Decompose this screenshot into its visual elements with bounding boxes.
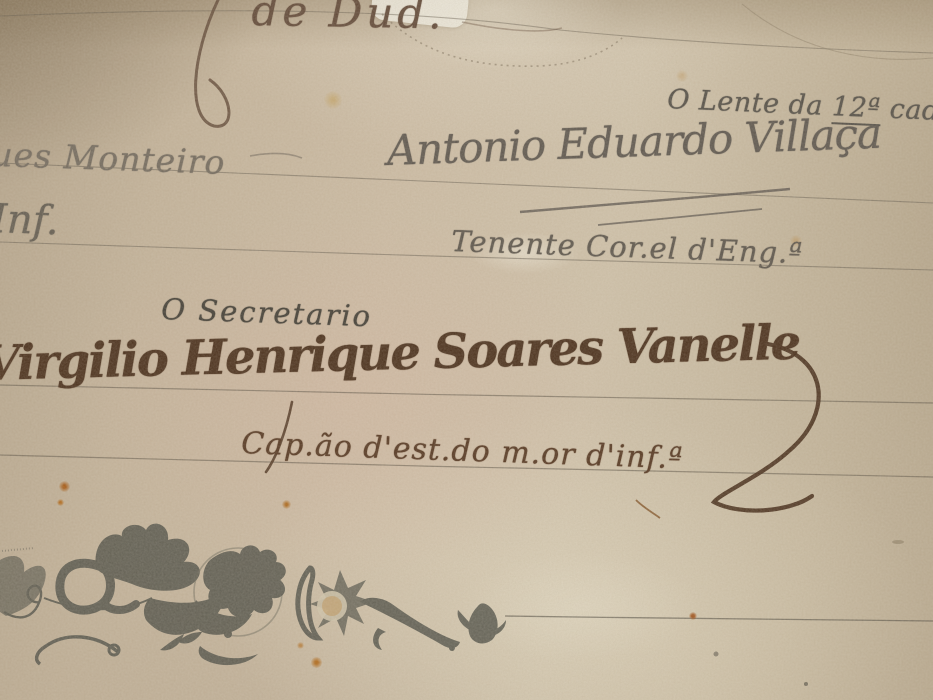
- dark-speck-1: [714, 652, 719, 657]
- a-scroll-tail: [104, 604, 136, 610]
- foxing-spot: [324, 91, 342, 109]
- maple-leaf-stem: [204, 604, 222, 632]
- foxing-spot: [57, 499, 64, 506]
- paper-grain-overlay: [0, 0, 933, 700]
- monteiro-tail-flourish: [250, 153, 302, 158]
- lente-title-prefix: O Lente da: [667, 84, 833, 122]
- signature-underline-2: [598, 209, 762, 225]
- paper-sheen: [470, 232, 580, 274]
- acanthus-tip: [160, 634, 184, 650]
- left-long-stem: [44, 598, 152, 609]
- flower-rust-tint: [322, 596, 342, 616]
- lente-title-number: 12ª: [831, 91, 881, 126]
- ruled-line-5: [0, 455, 933, 477]
- left-rank-fragment: Inf.: [0, 196, 60, 244]
- secretary-rank-line: Cap.ão d'est.do m.or d'inf.ª: [241, 426, 684, 476]
- lente-rank-line: Tenente Cor.el d'Eng.ª: [451, 224, 804, 270]
- right-tail-curl: [373, 628, 386, 650]
- small-fleur-leaf-left: [458, 610, 472, 630]
- lente-title-line: O Lente da 12ª cade: [667, 84, 933, 128]
- lente-title-suffix: cade: [880, 93, 933, 127]
- acanthus-crown: [95, 524, 199, 591]
- foxing-spot: [790, 235, 802, 247]
- a-scroll-ring: [60, 563, 111, 610]
- white-wafer-seal: [370, 0, 470, 29]
- maple-leaf: [203, 545, 286, 617]
- foxing-spot: [689, 612, 697, 620]
- secretary-flourish: [714, 344, 819, 511]
- left-stem-curl: [4, 586, 41, 618]
- ink-and-ornament-layer: [0, 0, 933, 700]
- under-crescent: [199, 646, 258, 665]
- fleur-dot: [449, 645, 455, 651]
- moon-crescent: [298, 568, 318, 638]
- floral-ornament-band: [0, 524, 506, 665]
- fiber-speck: [636, 500, 660, 518]
- under-curl-end: [109, 645, 119, 655]
- star-flower: [310, 570, 374, 636]
- left-hatched-leaf: [0, 556, 46, 616]
- foxing-spot: [297, 642, 304, 649]
- document-photo: de Dud. gues Monteiro Inf. O Lente da 12…: [0, 0, 933, 700]
- foxing-spot: [282, 500, 291, 509]
- dark-speck-3: [892, 540, 904, 544]
- right-leaf-tail: [360, 598, 460, 648]
- left-name-fragment: gues Monteiro: [0, 134, 226, 182]
- printer-imprint-micro: [2, 548, 34, 551]
- dark-speck-2: [804, 682, 808, 686]
- watermark-glow: [460, 552, 700, 662]
- foxing-spot: [311, 657, 322, 668]
- small-fleur-leaf-right: [492, 620, 506, 636]
- small-fleur-bud: [468, 603, 497, 643]
- henrique-descender: [266, 402, 292, 472]
- foxing-spot: [676, 70, 688, 82]
- ruled-line-6: [505, 616, 933, 621]
- top-loop-flourish: [196, 0, 229, 126]
- ruled-line-2: [0, 163, 933, 203]
- secretary-signature: Virgilio Henrique Soares Vanelle: [0, 315, 800, 392]
- lower-spray: [193, 600, 252, 635]
- top-tail-flourish: [462, 22, 562, 31]
- ruled-line-3: [0, 242, 933, 270]
- foxing-spot: [59, 481, 70, 492]
- ornament-circle: [194, 548, 282, 636]
- ruled-line-4: [0, 385, 933, 403]
- secretary-heading: O Secretario: [161, 292, 373, 333]
- flower-pale-center: [317, 591, 347, 621]
- signature-underline-1: [520, 189, 790, 212]
- lente-signature: Antonio Eduardo Villaça: [386, 109, 882, 175]
- lower-spray-tip: [178, 632, 202, 644]
- under-s-curl: [37, 637, 118, 664]
- ornament-dot: [224, 630, 232, 638]
- acanthus-body: [144, 592, 224, 635]
- seal-outer-arc: [742, 4, 933, 59]
